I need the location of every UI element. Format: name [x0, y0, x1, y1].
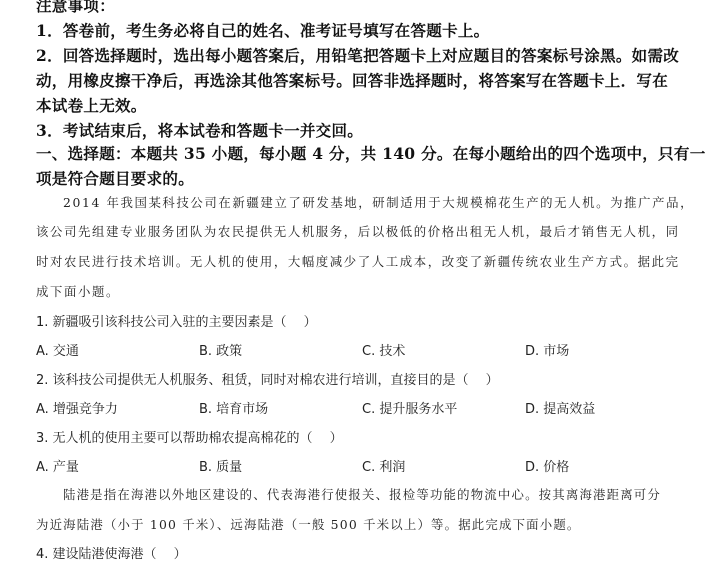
notice-heading: 注意事项：: [36, 0, 115, 16]
question-3-option-d: D. 价格: [525, 456, 569, 475]
section-heading-cont: 项是符合题目要求的。: [36, 167, 194, 189]
question-3-stem: 3. 无人机的使用主要可以帮助棉农提高棉花的（ ）: [36, 427, 343, 446]
passage-2-line-2: 为近海陆港（小于 100 千米）、远海陆港（一般 500 千米以上）等。据此完成…: [36, 515, 581, 533]
question-2-option-a: A. 增强竞争力: [36, 398, 118, 417]
passage-1-line-2: 该公司先组建专业服务团队为农民提供无人机服务，后以极低的价格出租无人机，最后才销…: [36, 222, 680, 240]
notice-item-2: 2．回答选择题时，选出每小题答案后，用铅笔把答题卡上对应题目的答案标号涂黑。如需…: [36, 44, 679, 66]
section-heading: 一、选择题：本题共 35 小题，每小题 4 分，共 140 分。在每小题给出的四…: [36, 142, 706, 164]
question-2-stem: 2. 该科技公司提供无人机服务、租赁，同时对棉农进行培训，直接目的是（ ）: [36, 369, 499, 388]
question-2-option-b: B. 培育市场: [199, 398, 268, 417]
question-1-option-d: D. 市场: [525, 340, 569, 359]
question-1-option-b: B. 政策: [199, 340, 242, 359]
notice-item-3: 3．考试结束后，将本试卷和答题卡一并交回。: [36, 119, 363, 141]
question-1-option-c: C. 技术: [362, 340, 405, 359]
passage-1-line-1: 2014 年我国某科技公司在新疆建立了研发基地，研制适用于大规模棉花生产的无人机…: [63, 193, 694, 211]
question-3-option-b: B. 质量: [199, 456, 242, 475]
question-3-option-c: C. 利润: [362, 456, 405, 475]
passage-2-line-1: 陆港是指在海港以外地区建设的、代表海港行使报关、报检等功能的物流中心。按其离海港…: [63, 485, 661, 503]
question-2-option-c: C. 提升服务水平: [362, 398, 457, 417]
question-1-option-a: A. 交通: [36, 340, 79, 359]
question-3-option-a: A. 产量: [36, 456, 79, 475]
question-1-stem: 1. 新疆吸引该科技公司入驻的主要因素是（ ）: [36, 311, 317, 330]
question-4-stem: 4. 建设陆港使海港（ ）: [36, 543, 187, 562]
question-2-option-d: D. 提高效益: [525, 398, 595, 417]
passage-1-line-3: 时对农民进行技术培训。无人机的使用，大幅度减少了人工成本，改变了新疆传统农业生产…: [36, 252, 680, 270]
notice-item-2-end: 本试卷上无效。: [36, 94, 147, 116]
passage-1-line-4: 成下面小题。: [36, 282, 120, 300]
notice-item-1: 1．答卷前，考生务必将自己的姓名、准考证号填写在答题卡上。: [36, 19, 490, 41]
notice-item-2-cont: 动，用橡皮擦干净后，再选涂其他答案标号。回答非选择题时，将答案写在答题卡上．写在: [36, 69, 668, 91]
